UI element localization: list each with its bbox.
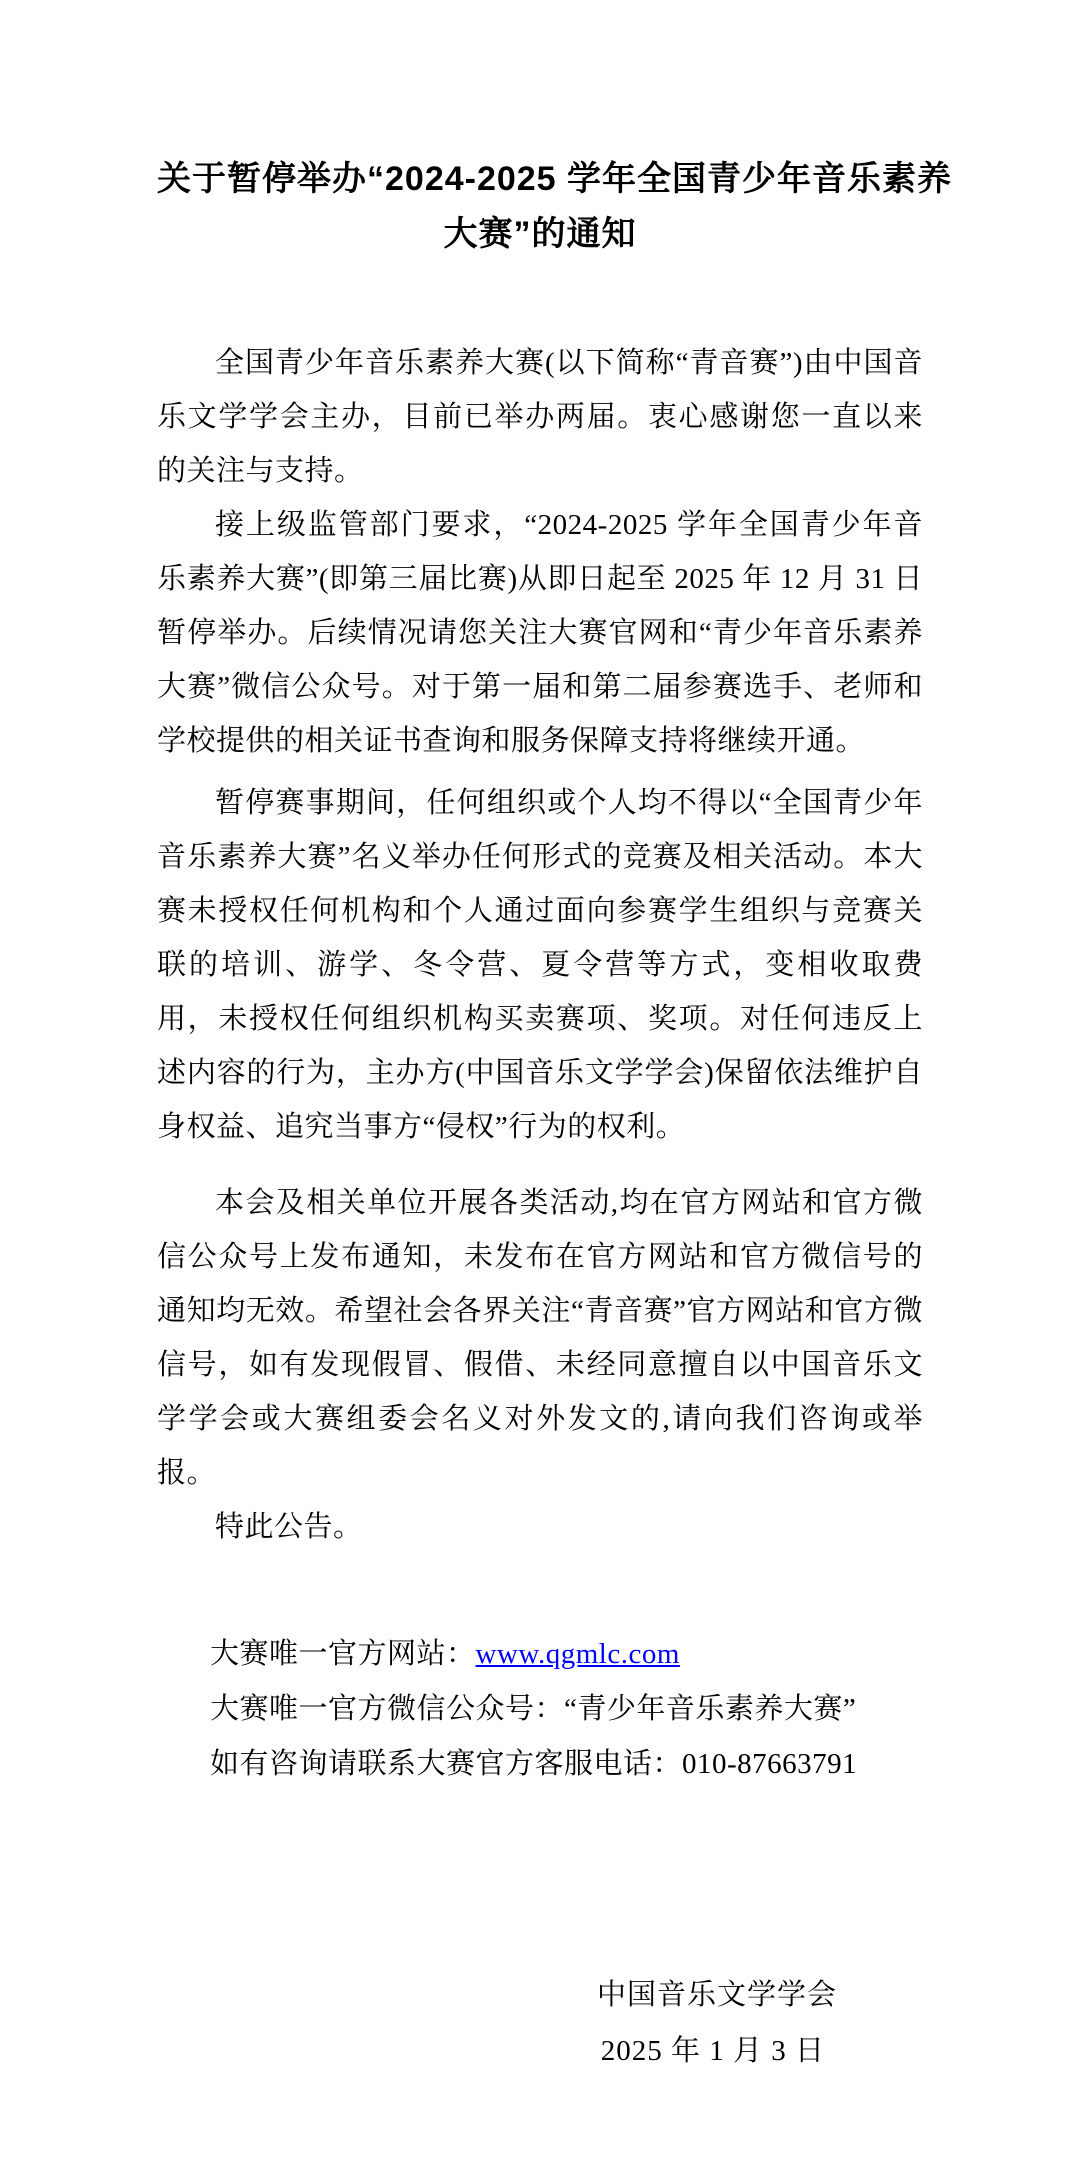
paragraph-suspension: 接上级监管部门要求，“2024-2025 学年全国青少年音乐素养大赛”(即第三届… (157, 498, 923, 768)
notice-page: 关于暂停举办“2024-2025 学年全国青少年音乐素养 大赛”的通知 全国青少… (0, 0, 1080, 2177)
website-label: 大赛唯一官方网站： (210, 1638, 476, 1670)
contact-phone-line: 如有咨询请联系大赛官方客服电话：010-87663791 (210, 1737, 923, 1792)
official-website-link[interactable]: www.qgmlc.com (476, 1638, 680, 1670)
title-line-1: 关于暂停举办“2024-2025 学年全国青少年音乐素养 (157, 152, 923, 207)
notice-body: 全国青少年音乐素养大赛(以下简称“青音赛”)由中国音乐文学学会主办，目前已举办两… (157, 336, 923, 1554)
signature-block: 中国音乐文学学会 2025 年 1 月 3 日 (157, 1967, 923, 2079)
paragraph-official-channels: 本会及相关单位开展各类活动,均在官方网站和官方微信公众号上发布通知，未发布在官方… (157, 1176, 923, 1500)
title-line-2: 大赛”的通知 (157, 207, 923, 262)
contact-website-line: 大赛唯一官方网站：www.qgmlc.com (210, 1627, 923, 1682)
signature-date: 2025 年 1 月 3 日 (157, 2023, 923, 2079)
contact-wechat-line: 大赛唯一官方微信公众号：“青少年音乐素养大赛” (210, 1682, 923, 1737)
signature-organization: 中国音乐文学学会 (157, 1967, 923, 2023)
document-title: 关于暂停举办“2024-2025 学年全国青少年音乐素养 大赛”的通知 (157, 152, 923, 262)
contact-block: 大赛唯一官方网站：www.qgmlc.com 大赛唯一官方微信公众号：“青少年音… (157, 1627, 923, 1792)
paragraph-intro: 全国青少年音乐素养大赛(以下简称“青音赛”)由中国音乐文学学会主办，目前已举办两… (157, 336, 923, 498)
paragraph-closing: 特此公告。 (157, 1500, 923, 1554)
paragraph-prohibition: 暂停赛事期间，任何组织或个人均不得以“全国青少年音乐素养大赛”名义举办任何形式的… (157, 776, 923, 1154)
